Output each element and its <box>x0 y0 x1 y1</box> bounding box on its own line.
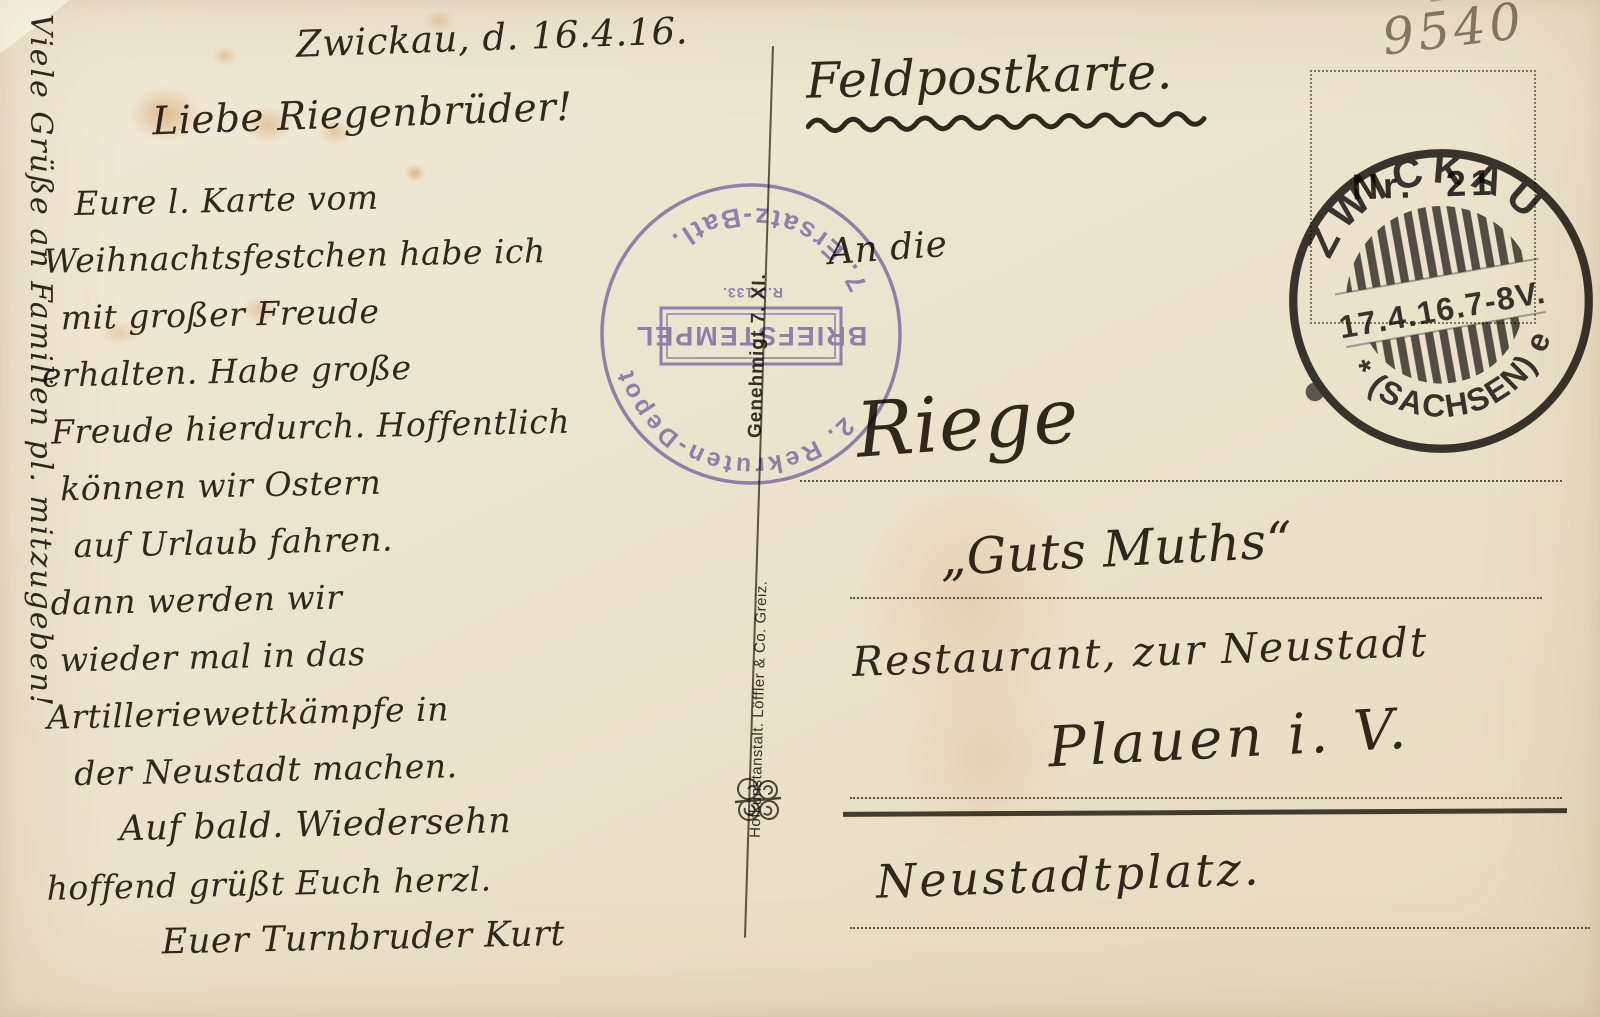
salutation: Liebe Riegenbrüder! <box>151 85 573 145</box>
censor-unit-number: R.J.133. <box>722 285 783 301</box>
zwickau-postmark-stamp: ZWICKAU * (SACHSEN) e 17.4.16.7-8V. <box>1286 146 1596 456</box>
address-dotted-line <box>850 797 1562 799</box>
heading-underline-squiggle <box>806 108 1218 135</box>
handwritten-date: Zwickau, d. 16.4.16. <box>295 9 688 66</box>
svg-text:7. Ersatz-Batl.: 7. Ersatz-Batl. <box>660 181 885 301</box>
address-city: Plauen i. V. <box>1047 697 1412 781</box>
address-dotted-line <box>800 480 1562 482</box>
censor-center-text: BRIEFSTEMPEL <box>635 321 868 351</box>
address-dotted-line <box>850 597 1542 599</box>
address-dotted-line <box>850 927 1590 929</box>
address-club-name: „Guts Muths“ <box>939 511 1294 587</box>
feldpostkarte-heading: Feldpostkarte. <box>805 43 1173 110</box>
postcard-back: Nr. 21 Genehmigt 7. XI. Hofkunstanstalt.… <box>0 0 1600 1017</box>
censor-briefstempel-stamp: 2. Rekruten-Depot 7. Ersatz-Batl. BRIEFS… <box>591 174 911 494</box>
address-street: Neustadtplatz. <box>875 841 1262 908</box>
foxing-spot <box>900 660 1070 850</box>
margin-note: Viele Grüße an Familien pl. mitzugeben! <box>23 14 58 708</box>
address-solid-line <box>843 808 1567 817</box>
foxing-spot <box>860 470 1080 730</box>
address-venue: Restaurant, zur Neustadt <box>851 618 1429 686</box>
message-line: Euer Turnbruder Kurt <box>161 901 792 971</box>
pencil-inventory-number: 9540 <box>1379 0 1528 67</box>
foxing-spot <box>212 46 238 66</box>
